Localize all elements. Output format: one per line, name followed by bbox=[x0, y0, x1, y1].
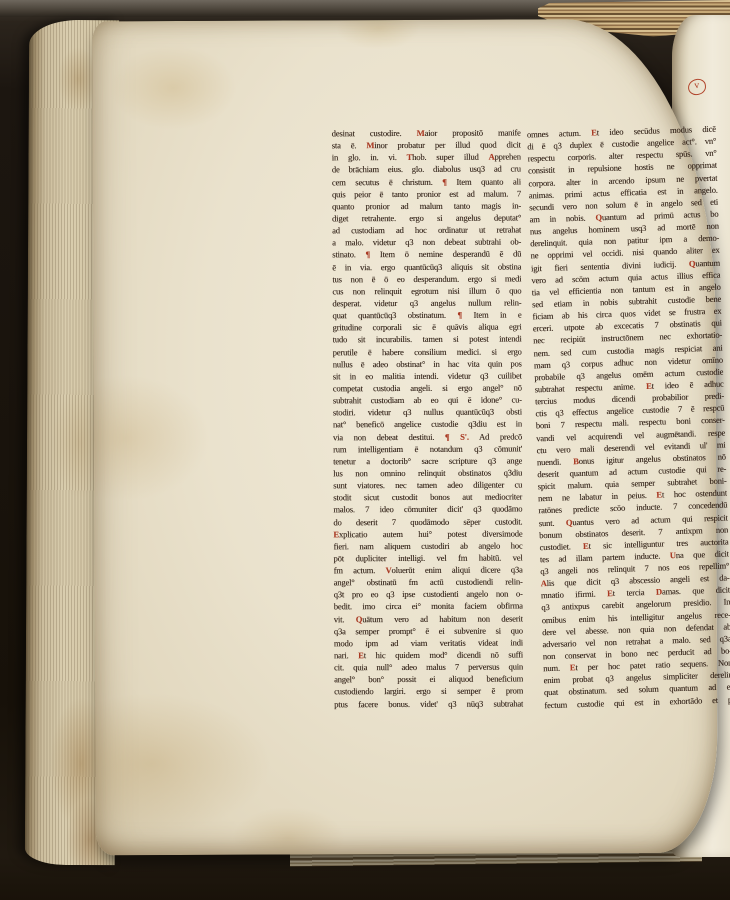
ink-text: hob. super illud bbox=[412, 152, 488, 162]
text-line: gritudine corporali sic ē quāvis aliqua … bbox=[332, 321, 521, 334]
text-line: tudo sit incurabilis. tamen si potest in… bbox=[333, 333, 522, 346]
text-line: cus non relinquit egrotum nisi illum ō q… bbox=[332, 284, 521, 297]
ink-text: cem secutus ē christum. bbox=[332, 176, 442, 186]
ink-text: gritudine corporali sic ē quāvis aliqua … bbox=[333, 322, 522, 333]
rubricated-text: ¶ bbox=[442, 176, 456, 186]
ink-text: nuendi. bbox=[537, 456, 574, 467]
open-page: desinat custodire. Maior propositō manif… bbox=[92, 19, 718, 856]
ink-text: inor probatur per illud quod dicit bbox=[374, 140, 521, 151]
text-line: stodit sicut custodit bonos aut mediocri… bbox=[333, 491, 522, 504]
text-line: sit in eo malitia intendi. videtur q3 cu… bbox=[333, 369, 522, 382]
ink-text: mnatio ifirmi. bbox=[541, 589, 607, 601]
text-line: custodiendo largiri. ergo si semper ē pr… bbox=[334, 685, 523, 698]
ink-text: aior propositō manife bbox=[424, 127, 520, 137]
ink-text: quanto pronior ad malum tanto magis in- bbox=[332, 200, 521, 211]
text-line: desperat. videtur q3 angelus nullum reli… bbox=[332, 296, 521, 309]
ink-text: tus non ē ō eo desperandum. ergo si medi bbox=[332, 273, 521, 284]
ink-text: diget retrahente. ergo si angelus deputa… bbox=[332, 212, 521, 223]
text-line: quanto pronior ad malum tanto magis in- bbox=[332, 199, 521, 212]
ink-text: stodit sicut custodit bonos aut mediocri… bbox=[333, 492, 522, 503]
ink-text: bedit. imo circa ei° monita faciem obfir… bbox=[334, 601, 523, 612]
ink-text: quis peior ē tanto pronior est ad malum.… bbox=[332, 188, 521, 199]
text-line: q3a semper prompt° ē ei subvenire si quo bbox=[334, 624, 523, 637]
text-line: malos. 7 ideo cōmuniter dicit' q3 quodām… bbox=[333, 503, 522, 516]
ink-text: uantum bbox=[695, 257, 720, 268]
ink-text: ptus facere bonus. videt' q3 nūq3 subtra… bbox=[334, 698, 523, 709]
ink-text: t tercia bbox=[612, 587, 656, 598]
ink-text: sit in eo malitia intendi. videtur q3 cu… bbox=[333, 370, 522, 381]
text-line: fieri. nam aliquem custodiri ab angelo h… bbox=[333, 539, 522, 552]
ink-text: pprehen bbox=[494, 152, 520, 162]
ink-text: quat quantūcūq3 obstinatum. bbox=[332, 310, 457, 321]
text-line: angel° bon° possit ei aliquod beneficium bbox=[334, 673, 523, 686]
ink-text: do deserit 7 quodāmodo sēper custodit. bbox=[333, 516, 522, 527]
text-line: ē in via. ergo quantūcūq3 aliquis sit ob… bbox=[332, 260, 521, 273]
text-line: cit. quia null° adeo malus 7 perversus q… bbox=[334, 661, 523, 674]
text-line: rum intelligentiam ē notandum q3 cōmunit… bbox=[333, 442, 522, 455]
ink-text: xplicatio autem hui° potest diversimode bbox=[339, 528, 522, 539]
text-line: ad custodiam ad hoc ordinatur ut retraha… bbox=[332, 224, 521, 237]
text-line: pōt dupliciter intelligi. vel fm habitū.… bbox=[334, 551, 523, 564]
ink-text: in glo. in. vi. bbox=[332, 152, 407, 162]
ink-text: pōt dupliciter intelligi. vel fm habitū.… bbox=[334, 552, 523, 563]
text-line: Explicatio autem hui° potest diversimode bbox=[333, 527, 522, 540]
ink-text: custodiendo largiri. ergo si semper ē pr… bbox=[334, 686, 523, 697]
ink-text: desinat custodire. bbox=[332, 128, 417, 138]
text-line: subtrahit custodiam ab eo qui ē idone° c… bbox=[333, 394, 522, 407]
ink-text: Ad predcō bbox=[469, 431, 522, 441]
ink-text: desperat. videtur q3 angelus nullum reli… bbox=[332, 297, 521, 308]
text-line: a malo. videtur q3 non debeat subtrahi o… bbox=[332, 236, 521, 249]
ink-text: lus non omnino relinquit obstinatos q3di… bbox=[333, 467, 522, 478]
ink-text: t hic quidem mod° dicendi nō suffi bbox=[364, 650, 523, 661]
ink-text: sunt. bbox=[539, 517, 566, 528]
ink-text: perutile ē habere consilium medici. si e… bbox=[333, 346, 522, 357]
text-line: modo ipm ad viam veritatis videat indi bbox=[334, 636, 523, 649]
ink-text: tenetur a doctorib° sacre scripture q3 a… bbox=[333, 455, 522, 466]
text-line: cem secutus ē christum. ¶ Item quanto al… bbox=[332, 175, 521, 188]
text-line: diget retrahente. ergo si angelus deputa… bbox=[332, 211, 521, 224]
text-line: angel° obstinatū fm actū custodiendi rel… bbox=[334, 576, 523, 589]
ink-text: t ideo ē adhuc bbox=[651, 379, 723, 391]
rubricated-text: M bbox=[366, 140, 374, 150]
ink-text: tudo sit incurabilis. tamen si potest in… bbox=[333, 334, 522, 345]
ink-text: fm actum. bbox=[334, 565, 386, 575]
text-line: bedit. imo circa ei° monita faciem obfir… bbox=[334, 600, 523, 613]
text-line: vit. Quātum vero ad habitum non deserit bbox=[334, 612, 523, 625]
ink-text: t hoc ostendunt bbox=[662, 488, 727, 500]
text-line: stinato. ¶ Item ō nemine desperandū ē dū bbox=[332, 248, 521, 261]
text-line: tenetur a doctorib° sacre scripture q3 a… bbox=[333, 454, 522, 467]
text-line: q3t pro eo q3 ipse custodienti angelo no… bbox=[334, 588, 523, 601]
rubricated-text: ¶ S'. bbox=[445, 431, 469, 441]
text-line: nat° beneficō angelice custodie q3diu es… bbox=[333, 418, 522, 431]
ink-text: na que dicit bbox=[676, 548, 729, 560]
ink-text: stinato. bbox=[332, 250, 365, 260]
rubricated-text: ¶ bbox=[457, 310, 473, 320]
text-line: nullus ē adeo obstinat° in hac vita quin… bbox=[333, 357, 522, 370]
text-line: sta ē. Minor probatur per illud quod dic… bbox=[332, 139, 521, 152]
ink-text: oluerūt enim aliqui dicere q3a bbox=[392, 565, 523, 576]
ink-text: subtrahit custodiam ab eo qui ē idone° c… bbox=[333, 395, 522, 406]
text-line: quis peior ē tanto pronior est ad malum.… bbox=[332, 187, 521, 200]
text-line: sunt viatores. nec tamen adeo diligenter… bbox=[333, 479, 522, 492]
ink-text: malos. 7 ideo cōmuniter dicit' q3 quodām… bbox=[333, 504, 522, 515]
ink-text: vit. bbox=[334, 614, 356, 624]
ink-text: cus non relinquit egrotum nisi illum ō q… bbox=[332, 285, 521, 296]
ink-text: nari. bbox=[334, 650, 358, 660]
ink-text: Item quanto ali bbox=[456, 176, 521, 186]
ink-text: cit. quia null° adeo malus 7 perversus q… bbox=[334, 662, 523, 673]
ink-text: q3a semper prompt° ē ei subvenire si quo bbox=[334, 625, 523, 636]
ink-text: ē in via. ergo quantūcūq3 aliquis sit ob… bbox=[332, 261, 521, 272]
ink-text: de brāchiam eius. glo. diabolus usq3 ad … bbox=[332, 164, 521, 175]
text-line: tus non ē ō eo desperandum. ergo si medi bbox=[332, 272, 521, 285]
rubricated-text: M bbox=[417, 128, 425, 138]
text-block: desinat custodire. Maior propositō manif… bbox=[332, 126, 719, 710]
text-line: stodiri. videtur q3 nullus quantūcūq3 ob… bbox=[333, 406, 522, 419]
ink-text: angel° bon° possit ei aliquod beneficium bbox=[334, 674, 523, 685]
ink-text: angel° obstinatū fm actū custodiendi rel… bbox=[334, 577, 523, 588]
text-line: perutile ē habere consilium medici. si e… bbox=[333, 345, 522, 358]
ink-text: am in nobis. bbox=[529, 212, 595, 224]
text-line: fm actum. Voluerūt enim aliqui dicere q3… bbox=[334, 564, 523, 577]
text-line: nari. Et hic quidem mod° dicendi nō suff… bbox=[334, 649, 523, 662]
rubricated-text: ¶ bbox=[366, 250, 380, 260]
text-column-right: omnes actum. Et ideo secūdus modus dicēd… bbox=[527, 123, 730, 711]
ink-text: fieri. nam aliquem custodiri ab angelo h… bbox=[333, 540, 522, 551]
text-column-left: desinat custodire. Maior propositō manif… bbox=[332, 126, 524, 710]
text-line: lus non omnino relinquit obstinatos q3di… bbox=[333, 466, 522, 479]
ink-text: ad custodiam ad hoc ordinatur ut retraha… bbox=[332, 225, 521, 236]
ink-text: modo ipm ad viam veritatis videat indi bbox=[334, 637, 523, 648]
text-line: in glo. in. vi. Thob. super illud Appreh… bbox=[332, 151, 521, 164]
text-line: ptus facere bonus. videt' q3 nūq3 subtra… bbox=[334, 697, 523, 710]
text-line: de brāchiam eius. glo. diabolus usq3 ad … bbox=[332, 163, 521, 176]
ink-text: Item in e bbox=[473, 310, 521, 320]
ink-text: nullus ē adeo obstinat° in hac vita quin… bbox=[333, 358, 522, 369]
ink-text: sta ē. bbox=[332, 140, 367, 150]
text-line: quat quantūcūq3 obstinatum. ¶ Item in e bbox=[332, 309, 521, 322]
ink-text: Item ō nemine desperandū ē dū bbox=[380, 249, 521, 260]
book-photograph: desinat custodire. Maior propositō manif… bbox=[0, 0, 730, 900]
text-line: do deserit 7 quodāmodo sēper custodit. bbox=[333, 515, 522, 528]
text-line: competat custodia angeli. si ergo angel°… bbox=[333, 381, 522, 394]
text-line: desinat custodire. Maior propositō manif… bbox=[332, 126, 521, 139]
ink-text: amas. que dicit bbox=[662, 585, 730, 597]
ink-text: num. bbox=[543, 663, 570, 674]
ink-text: rum intelligentiam ē notandum q3 cōmunit… bbox=[333, 443, 522, 454]
ink-text: stodiri. videtur q3 nullus quantūcūq3 ob… bbox=[333, 407, 522, 418]
ink-text: custodiet. bbox=[539, 541, 583, 552]
ink-text: competat custodia angeli. si ergo angel°… bbox=[333, 382, 522, 393]
ink-text: uātum vero ad habitum non deserit bbox=[362, 613, 523, 624]
ink-text: nat° beneficō angelice custodie q3diu es… bbox=[333, 419, 522, 430]
ink-text: sunt viatores. nec tamen adeo diligenter… bbox=[333, 480, 522, 491]
ink-text: q3t pro eo q3 ipse custodienti angelo no… bbox=[334, 589, 523, 600]
ink-text: a malo. videtur q3 non debeat subtrahi o… bbox=[332, 237, 521, 248]
ink-text: omnes actum. bbox=[527, 128, 592, 140]
text-line: via non debeat destitui. ¶ S'. Ad predcō bbox=[333, 430, 522, 443]
ink-text: via non debeat destitui. bbox=[333, 431, 445, 441]
